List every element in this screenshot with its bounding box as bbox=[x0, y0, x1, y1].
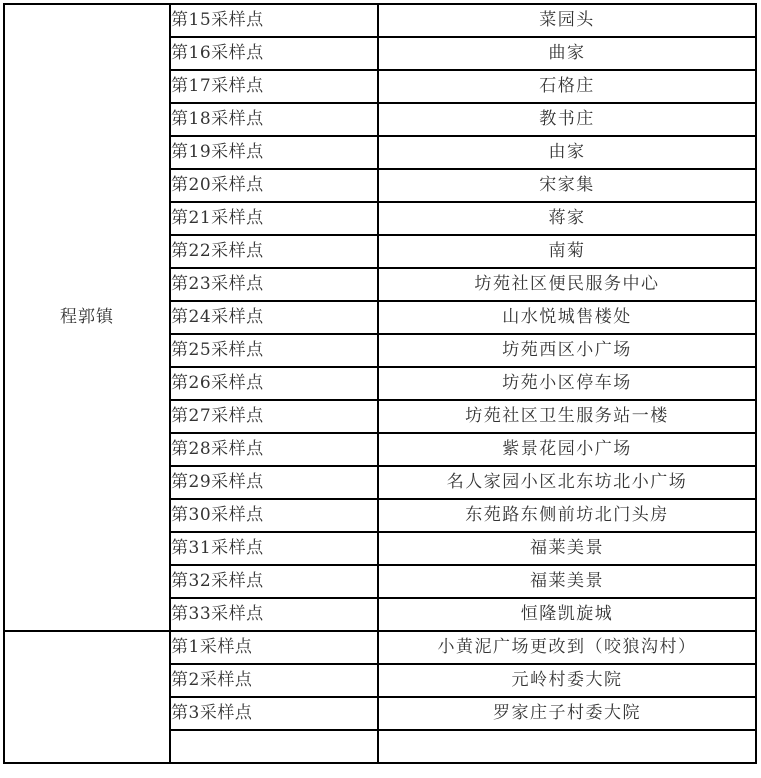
sampling-point-cell: 第28采样点 bbox=[170, 433, 378, 466]
town-cell: 程郭镇 bbox=[4, 4, 170, 631]
location-cell: 坊苑社区便民服务中心 bbox=[378, 268, 756, 301]
location-cell: 山水悦城售楼处 bbox=[378, 301, 756, 334]
town-cell bbox=[4, 631, 170, 763]
location-cell: 蒋家 bbox=[378, 202, 756, 235]
sampling-point-cell: 第31采样点 bbox=[170, 532, 378, 565]
sampling-point-cell: 第26采样点 bbox=[170, 367, 378, 400]
sampling-point-cell: 第15采样点 bbox=[170, 4, 378, 37]
sampling-point-cell: 第17采样点 bbox=[170, 70, 378, 103]
sampling-point-cell: 第23采样点 bbox=[170, 268, 378, 301]
sampling-point-cell: 第33采样点 bbox=[170, 598, 378, 631]
location-cell bbox=[378, 730, 756, 763]
sampling-point-cell: 第21采样点 bbox=[170, 202, 378, 235]
location-cell: 南菊 bbox=[378, 235, 756, 268]
location-cell: 恒隆凯旋城 bbox=[378, 598, 756, 631]
sampling-point-cell: 第22采样点 bbox=[170, 235, 378, 268]
sampling-point-cell: 第30采样点 bbox=[170, 499, 378, 532]
location-cell: 东苑路东侧前坊北门头房 bbox=[378, 499, 756, 532]
location-cell: 由家 bbox=[378, 136, 756, 169]
location-cell: 紫景花园小广场 bbox=[378, 433, 756, 466]
location-cell: 小黄泥广场更改到（咬狼沟村） bbox=[378, 631, 756, 664]
sampling-point-cell bbox=[170, 730, 378, 763]
table-row: 程郭镇 第15采样点 菜园头 bbox=[4, 4, 756, 37]
sampling-point-cell: 第3采样点 bbox=[170, 697, 378, 730]
table-row: 第1采样点 小黄泥广场更改到（咬狼沟村） bbox=[4, 631, 756, 664]
sampling-point-cell: 第18采样点 bbox=[170, 103, 378, 136]
location-cell: 曲家 bbox=[378, 37, 756, 70]
sampling-points-table: 程郭镇 第15采样点 菜园头 第16采样点 曲家 第17采样点 石格庄 第18采… bbox=[3, 3, 757, 764]
sampling-point-cell: 第19采样点 bbox=[170, 136, 378, 169]
sampling-point-cell: 第24采样点 bbox=[170, 301, 378, 334]
sampling-point-cell: 第1采样点 bbox=[170, 631, 378, 664]
location-cell: 福莱美景 bbox=[378, 532, 756, 565]
location-cell: 坊苑西区小广场 bbox=[378, 334, 756, 367]
document-page: 程郭镇 第15采样点 菜园头 第16采样点 曲家 第17采样点 石格庄 第18采… bbox=[0, 0, 761, 778]
location-cell: 坊苑小区停车场 bbox=[378, 367, 756, 400]
location-cell: 元岭村委大院 bbox=[378, 664, 756, 697]
location-cell: 菜园头 bbox=[378, 4, 756, 37]
location-cell: 罗家庄子村委大院 bbox=[378, 697, 756, 730]
sampling-point-cell: 第16采样点 bbox=[170, 37, 378, 70]
sampling-point-cell: 第20采样点 bbox=[170, 169, 378, 202]
location-cell: 坊苑社区卫生服务站一楼 bbox=[378, 400, 756, 433]
sampling-point-cell: 第25采样点 bbox=[170, 334, 378, 367]
sampling-point-cell: 第27采样点 bbox=[170, 400, 378, 433]
location-cell: 石格庄 bbox=[378, 70, 756, 103]
sampling-point-cell: 第2采样点 bbox=[170, 664, 378, 697]
location-cell: 宋家集 bbox=[378, 169, 756, 202]
sampling-point-cell: 第29采样点 bbox=[170, 466, 378, 499]
location-cell: 教书庄 bbox=[378, 103, 756, 136]
sampling-point-cell: 第32采样点 bbox=[170, 565, 378, 598]
location-cell: 福莱美景 bbox=[378, 565, 756, 598]
location-cell: 名人家园小区北东坊北小广场 bbox=[378, 466, 756, 499]
